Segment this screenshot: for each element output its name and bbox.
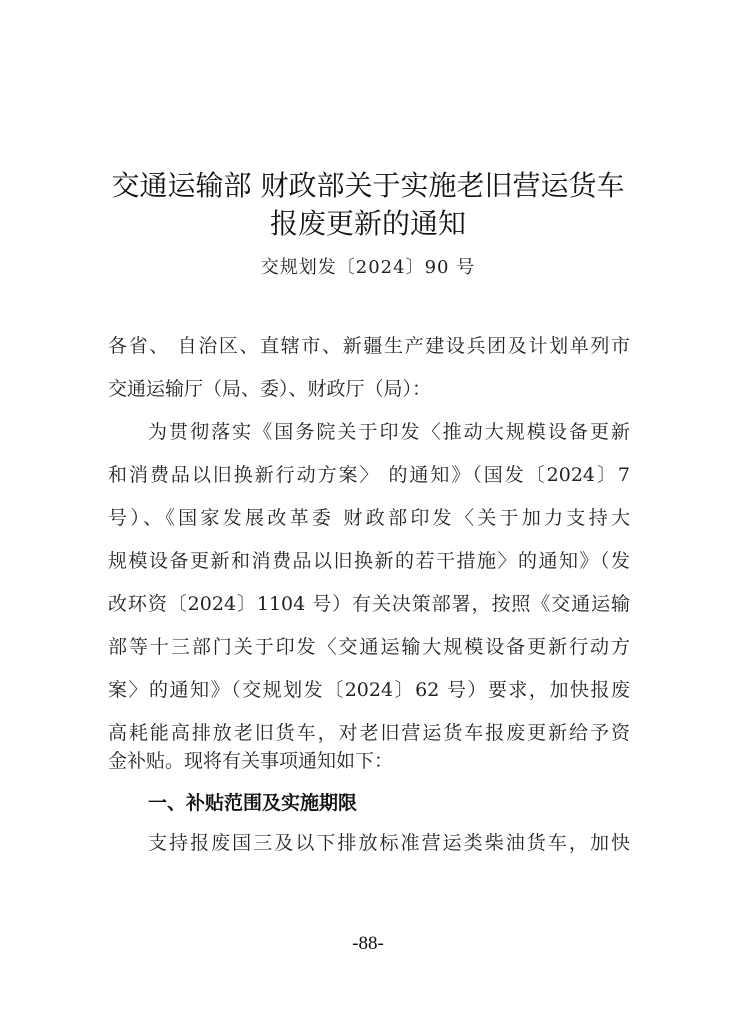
paragraph-line: 规模设备更新和消费品以旧换新的若干措施〉的通知》（发 bbox=[108, 546, 630, 573]
document-page: 交通运输部 财政部关于实施老旧营运货车 报废更新的通知 交规划发〔2024〕90… bbox=[0, 0, 736, 1009]
paragraph-line: 和消费品以旧换新行动方案〉 的通知》（国发〔2024〕7 bbox=[108, 460, 630, 487]
paragraph-line: 金补贴。现将有关事项通知如下： bbox=[108, 746, 630, 773]
document-title-line-2: 报废更新的通知 bbox=[60, 202, 676, 242]
document-title-line-1: 交通运输部 财政部关于实施老旧营运货车 bbox=[60, 164, 676, 204]
paragraph-line: 案〉的通知》（交规划发〔2024〕62 号）要求，加快报废 bbox=[108, 675, 630, 702]
document-number: 交规划发〔2024〕90 号 bbox=[60, 253, 676, 279]
paragraph-line: 支持报废国三及以下排放标准营运类柴油货车，加快 bbox=[148, 828, 630, 855]
addressee-line: 交通运输厅（局、委）、财政厅（局）： bbox=[108, 374, 630, 401]
paragraph-line: 部等十三部门关于印发〈交通运输大规模设备更新行动方 bbox=[108, 632, 630, 659]
addressee-line: 各省、 自治区、直辖市、新疆生产建设兵团及计划单列市 bbox=[108, 331, 630, 358]
page-number: -88- bbox=[0, 933, 736, 955]
paragraph-line: 号）、《国家发展改革委 财政部印发〈关于加力支持大 bbox=[108, 503, 630, 530]
paragraph-line: 高耗能高排放老旧货车，对老旧营运货车报废更新给予资 bbox=[108, 718, 630, 745]
paragraph-line: 为贯彻落实《国务院关于印发〈推动大规模设备更新 bbox=[148, 417, 630, 444]
paragraph-line: 改环资〔2024〕1104 号）有关决策部署，按照《交通运输 bbox=[108, 589, 630, 616]
section-heading: 一、补贴范围及实施期限 bbox=[148, 788, 357, 815]
